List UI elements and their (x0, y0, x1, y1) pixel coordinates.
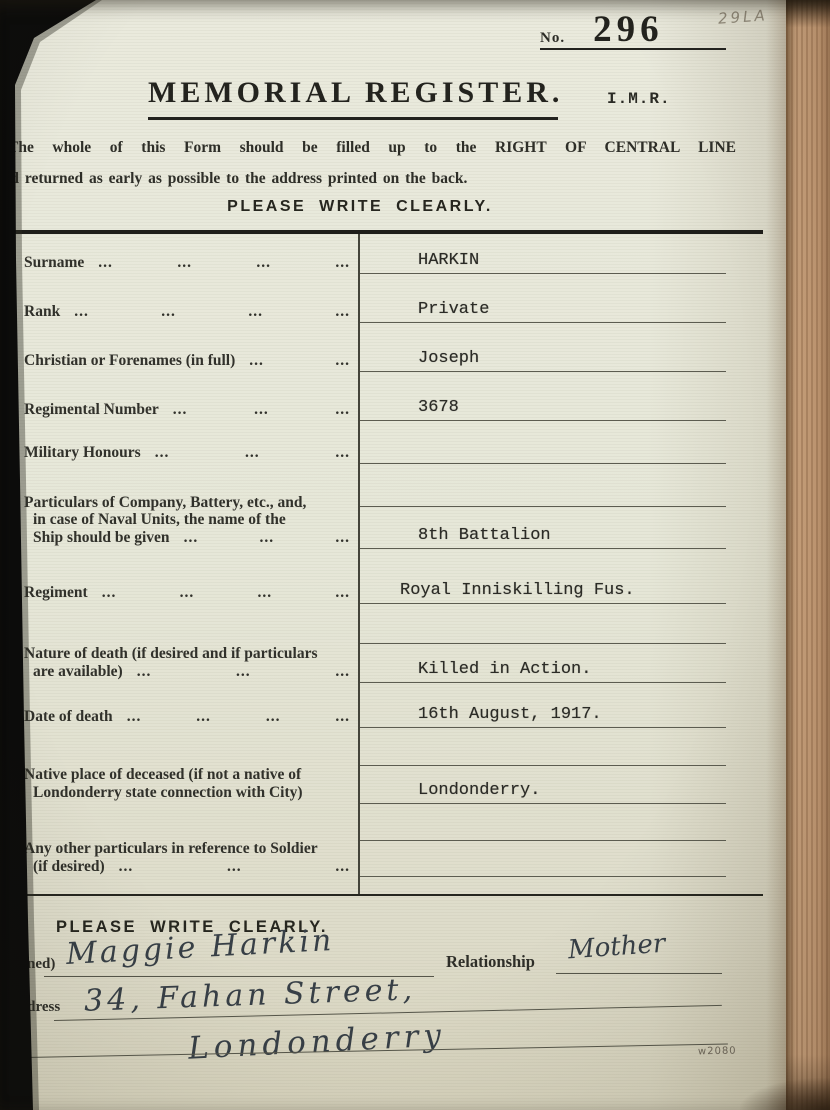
other-particulars-label-line2: (if desired) (33, 858, 105, 876)
write-clearly-top: PLEASE WRITE CLEARLY. (10, 198, 710, 216)
form-row-particulars: Particulars of Company, Battery, etc., a… (10, 464, 763, 549)
other-particulars-value-cell (360, 804, 726, 894)
relationship-handwriting: Mother (567, 929, 666, 966)
military-honours-label: Military Honours (24, 444, 141, 462)
native-place-label-line1: Native place of deceased (if not a nativ… (24, 766, 301, 784)
form-number-value: 296 (593, 12, 664, 47)
instructions-line-1: The whole of this Form should be filled … (8, 139, 736, 157)
answer-line: 8th Battalion (360, 507, 726, 550)
answer-line: Londonderry. (360, 766, 726, 804)
imr-stamp: I.M.R. (607, 90, 671, 108)
date-of-death-label: Date of death (24, 708, 113, 726)
dot-leaders: ... ... ... ... (102, 584, 352, 602)
form-row-regiment: Regiment... ... ... ... Royal Inniskilli… (10, 549, 763, 604)
pencil-corner-note: 29LA (717, 6, 768, 27)
military-honours-value-cell (360, 421, 726, 464)
address-line2-handwriting: Londonderry (187, 1017, 447, 1066)
page-title: MEMORIAL REGISTER. (148, 76, 558, 120)
particulars-label-cell: Particulars of Company, Battery, etc., a… (10, 464, 360, 549)
nature-of-death-label-line2: are available) (33, 663, 123, 681)
military-honours-label-cell: Military Honours... ... ... (10, 421, 360, 464)
form-row-rank: Rank... ... ... ... Private (10, 274, 763, 323)
particulars-label-line1: Particulars of Company, Battery, etc., a… (24, 494, 306, 512)
form-row-date-of-death: Date of death... ... ... ... 16th August… (10, 683, 763, 728)
regiment-label: Regiment (24, 584, 88, 602)
memorial-register-scan: No. 296 29LA MEMORIAL REGISTER. I.M.R. T… (0, 0, 830, 1110)
dot-leaders: ... ... ... ... (98, 254, 352, 272)
answer-line: Joseph (360, 323, 726, 372)
form-table: Surname... ... ... ... HARKIN Rank... ..… (10, 230, 763, 896)
dot-leaders: ... ... ... (119, 858, 352, 876)
regimental-number-label: Regimental Number (24, 401, 159, 419)
address-line1-handwriting: 34, Fahan Street, (83, 972, 416, 1019)
surname-value-cell: HARKIN (360, 234, 726, 274)
form-row-other-particulars: Any other particulars in reference to So… (10, 804, 763, 894)
form-row-regimental-number: Regimental Number... ... ... 3678 (10, 372, 763, 421)
dot-leaders: ... ... (249, 352, 352, 370)
relationship-label: Relationship (446, 952, 535, 972)
native-place-label-line2: Londonderry state connection with City) (33, 784, 303, 802)
form-number-box: No. 296 (540, 12, 726, 50)
regiment-label-cell: Regiment... ... ... ... (10, 549, 360, 604)
particulars-label-line3: Ship should be given (33, 529, 170, 547)
forenames-value: Joseph (418, 349, 479, 368)
regiment-value-cell: Royal Inniskilling Fus. (360, 549, 726, 604)
answer-line (360, 464, 726, 507)
dot-leaders: ... ... ... ... (74, 303, 352, 321)
other-particulars-label-cell: Any other particulars in reference to So… (10, 804, 360, 894)
particulars-value: 8th Battalion (418, 526, 551, 545)
corner-dark-patch (740, 1078, 830, 1110)
other-particulars-label-line1: Any other particulars in reference to So… (24, 840, 318, 858)
answer-line: Killed in Action. (360, 644, 726, 684)
form-row-native-place: Native place of deceased (if not a nativ… (10, 728, 763, 804)
surname-value: HARKIN (418, 251, 479, 270)
forenames-value-cell: Joseph (360, 323, 726, 372)
nature-of-death-label-line1: Nature of death (if desired and if parti… (24, 645, 318, 663)
answer-line (360, 841, 726, 878)
date-of-death-value: 16th August, 1917. (418, 705, 602, 724)
printer-code: w2080 (698, 1046, 737, 1058)
dot-leaders: ... ... ... (137, 663, 352, 681)
rank-value: Private (418, 300, 489, 319)
regiment-value: Royal Inniskilling Fus. (400, 581, 635, 600)
nature-of-death-value: Killed in Action. (418, 660, 591, 679)
native-place-value: Londonderry. (418, 781, 540, 800)
rank-label-cell: Rank... ... ... ... (10, 274, 360, 323)
answer-line: 16th August, 1917. (360, 683, 726, 728)
rank-label: Rank (24, 303, 60, 321)
regimental-number-value-cell: 3678 (360, 372, 726, 421)
dot-leaders: ... ... ... (184, 529, 352, 547)
regimental-number-label-cell: Regimental Number... ... ... (10, 372, 360, 421)
form-row-surname: Surname... ... ... ... HARKIN (10, 234, 763, 274)
answer-line: HARKIN (360, 234, 726, 274)
answer-line: Private (360, 274, 726, 323)
page-edge-shadow (766, 0, 786, 1110)
native-place-value-cell: Londonderry. (360, 728, 726, 804)
answer-line: 3678 (360, 372, 726, 421)
dot-leaders: ... ... ... ... (127, 708, 352, 726)
forenames-label: Christian or Forenames (in full) (24, 352, 235, 370)
particulars-value-cell: 8th Battalion (360, 464, 726, 549)
dot-leaders: ... ... ... (173, 401, 352, 419)
answer-line (360, 728, 726, 766)
answer-line (360, 604, 726, 644)
regimental-number-value: 3678 (418, 398, 459, 417)
form-row-nature-of-death: Nature of death (if desired and if parti… (10, 604, 763, 683)
forenames-label-cell: Christian or Forenames (in full)... ... (10, 323, 360, 372)
form-number-label: No. (540, 30, 565, 47)
form-row-military-honours: Military Honours... ... ... (10, 421, 763, 464)
date-of-death-value-cell: 16th August, 1917. (360, 683, 726, 728)
relationship-rule (556, 973, 722, 974)
native-place-label-cell: Native place of deceased (if not a nativ… (10, 728, 360, 804)
nature-of-death-label-cell: Nature of death (if desired and if parti… (10, 604, 360, 683)
book-page-edge (786, 0, 830, 1110)
particulars-label-line2: in case of Naval Units, the name of the (33, 511, 286, 529)
form-row-forenames: Christian or Forenames (in full)... ... … (10, 323, 763, 372)
answer-line (360, 804, 726, 841)
surname-label-cell: Surname... ... ... ... (10, 234, 360, 274)
answer-line (360, 421, 726, 464)
surname-label: Surname (24, 254, 84, 272)
date-of-death-label-cell: Date of death... ... ... ... (10, 683, 360, 728)
nature-of-death-value-cell: Killed in Action. (360, 604, 726, 683)
instructions-line-2: and returned as early as possible to the… (0, 170, 467, 188)
rank-value-cell: Private (360, 274, 726, 323)
dot-leaders: ... ... ... (155, 444, 352, 462)
answer-line: Royal Inniskilling Fus. (360, 549, 726, 604)
